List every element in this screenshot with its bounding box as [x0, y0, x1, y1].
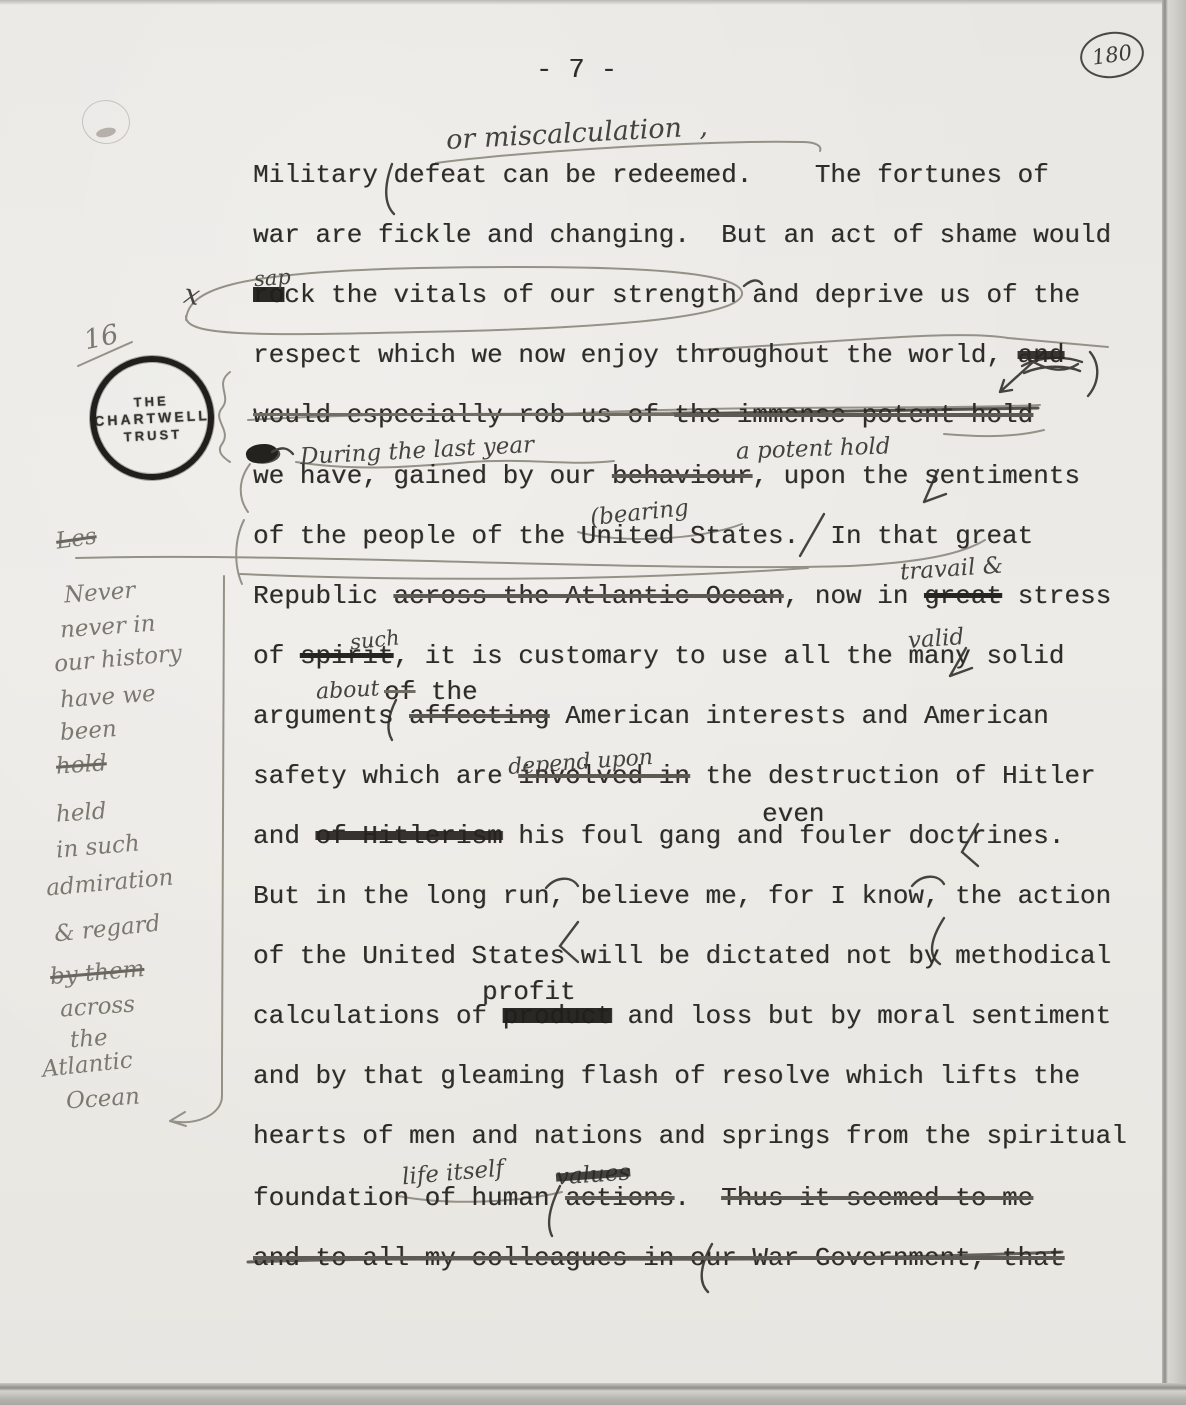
- margin-note: have we: [59, 681, 156, 714]
- typed-line: Republic across the Atlantic Ocean, now …: [253, 581, 1111, 611]
- typed-text: war are fickle and changing. But an act …: [253, 220, 1111, 250]
- typed-text-struck: that: [1002, 1243, 1064, 1273]
- handwritten-annotation: values: [555, 1159, 631, 1190]
- typed-text-struck: and: [1018, 340, 1065, 370]
- typed-text-struck: would especially rob us of: [253, 400, 674, 430]
- typed-text-struck: across the Atlantic Ocean: [393, 581, 783, 611]
- typed-text: ck the vitals of our strength and depriv…: [284, 280, 1080, 310]
- typed-line: foundation of human actions. Thus it see…: [253, 1183, 1033, 1213]
- typed-text-struck: of Hitlerism: [315, 821, 502, 851]
- folio-number-circled: 180: [1077, 28, 1147, 82]
- margin-note: hold: [55, 750, 107, 779]
- margin-note: by them: [49, 956, 145, 990]
- typed-line: and of Hitlerism his foul gang and foule…: [253, 821, 1064, 851]
- typed-text-struck: Thus it seemed to me: [721, 1183, 1033, 1213]
- typed-line: of the United States will be dictated no…: [253, 941, 1111, 971]
- typed-text: of the United States will be dictated no…: [253, 941, 1111, 971]
- margin-note: across: [59, 991, 136, 1022]
- handwritten-annotation: a potent hold: [736, 433, 891, 464]
- handwritten-annotation: about: [315, 676, 380, 704]
- handwritten-annotation: sap: [253, 265, 291, 292]
- typed-line: war are fickle and changing. But an act …: [253, 220, 1111, 250]
- margin-note: never in: [59, 611, 156, 644]
- handwritten-annotation: or miscalculation ,: [445, 111, 708, 156]
- typed-text: hearts of men and nations and springs fr…: [253, 1121, 1127, 1151]
- typed-text: and loss but by moral sentiment: [612, 1001, 1111, 1031]
- typed-line: rock the vitals of our strength and depr…: [253, 280, 1080, 310]
- page-right-edge: [1162, 0, 1186, 1405]
- folio-number: 180: [1090, 40, 1133, 69]
- typed-text-struck: affecting: [409, 701, 549, 731]
- typed-text: the destruction of Hitler: [690, 761, 1096, 791]
- stamp-line: THE: [133, 392, 169, 411]
- margin-note: Never: [63, 578, 136, 609]
- typed-text: his foul gang and fouler doctrines.: [503, 821, 1065, 851]
- typed-text: .: [674, 1183, 721, 1213]
- typed-text: and: [253, 821, 315, 851]
- typed-line: safety which are involved in the destruc…: [253, 761, 1096, 791]
- handwritten-annotation: 16: [81, 319, 121, 356]
- faint-circle-mark: [80, 98, 132, 147]
- handwritten-annotation: valid: [907, 624, 965, 654]
- margin-note: & regard: [53, 911, 162, 948]
- margin-note: Les: [54, 523, 98, 554]
- typed-line: But in the long run, believe me, for I k…: [253, 881, 1111, 911]
- margin-note: Ocean: [65, 1083, 141, 1114]
- typed-line: would especially rob us of the immense p…: [253, 400, 1033, 430]
- margin-note: our history: [53, 640, 183, 677]
- typed-text: calculations of: [253, 1001, 503, 1031]
- margin-note: held: [55, 798, 107, 827]
- typed-line: calculations of product and loss but by …: [253, 1001, 1111, 1031]
- typed-line: respect which we now enjoy throughout th…: [253, 340, 1064, 370]
- typed-text: , upon the sentiments: [752, 461, 1080, 491]
- typed-text-struck: great: [924, 581, 1002, 611]
- typed-line: arguments affecting American interests a…: [253, 701, 1049, 731]
- stamp-line: TRUST: [123, 425, 182, 445]
- typed-text-struck: the immense potent hold: [674, 400, 1033, 430]
- margin-note: Atlantic: [41, 1047, 134, 1082]
- typed-text: respect which we now enjoy throughout th…: [253, 340, 1018, 370]
- typed-line: Military defeat can be redeemed. The for…: [253, 160, 1049, 190]
- typed-text: and by that gleaming flash of resolve wh…: [253, 1061, 1080, 1091]
- typed-text: , now in: [784, 581, 924, 611]
- typed-text: Republic: [253, 581, 393, 611]
- margin-note: the: [69, 1025, 108, 1054]
- typed-text-struck: behaviour: [612, 461, 752, 491]
- typed-text: American interests and American: [549, 701, 1048, 731]
- typed-line: hearts of men and nations and springs fr…: [253, 1121, 1127, 1151]
- handwritten-annotation: x: [181, 277, 202, 312]
- typed-text: stress: [1002, 581, 1111, 611]
- typed-text-struck: and to all my colleagues in our War Gove…: [253, 1243, 1002, 1273]
- typed-text: safety which are: [253, 761, 518, 791]
- typed-line: and to all my colleagues in our War Gove…: [253, 1243, 1064, 1273]
- page-bottom-edge: [0, 1383, 1186, 1405]
- handwritten-annotation: such: [349, 625, 401, 654]
- typed-text: arguments: [253, 701, 409, 731]
- typed-text-struck: product: [503, 1001, 612, 1031]
- margin-note: in such: [55, 830, 141, 863]
- page-number: - 7 -: [536, 56, 617, 86]
- manuscript-page: - 7 - 180 THE CHARTWELL TRUST: [0, 0, 1186, 1405]
- chartwell-trust-stamp: THE CHARTWELL TRUST: [87, 353, 217, 483]
- typed-text: But in the long run, believe me, for I k…: [253, 881, 1111, 911]
- page-top-edge: [0, 0, 1186, 5]
- typed-text: Military defeat can be redeemed. The for…: [253, 160, 1049, 190]
- margin-note: admiration: [45, 864, 174, 901]
- typed-text: of: [253, 641, 300, 671]
- typed-line: and by that gleaming flash of resolve wh…: [253, 1061, 1080, 1091]
- margin-note: been: [59, 716, 117, 746]
